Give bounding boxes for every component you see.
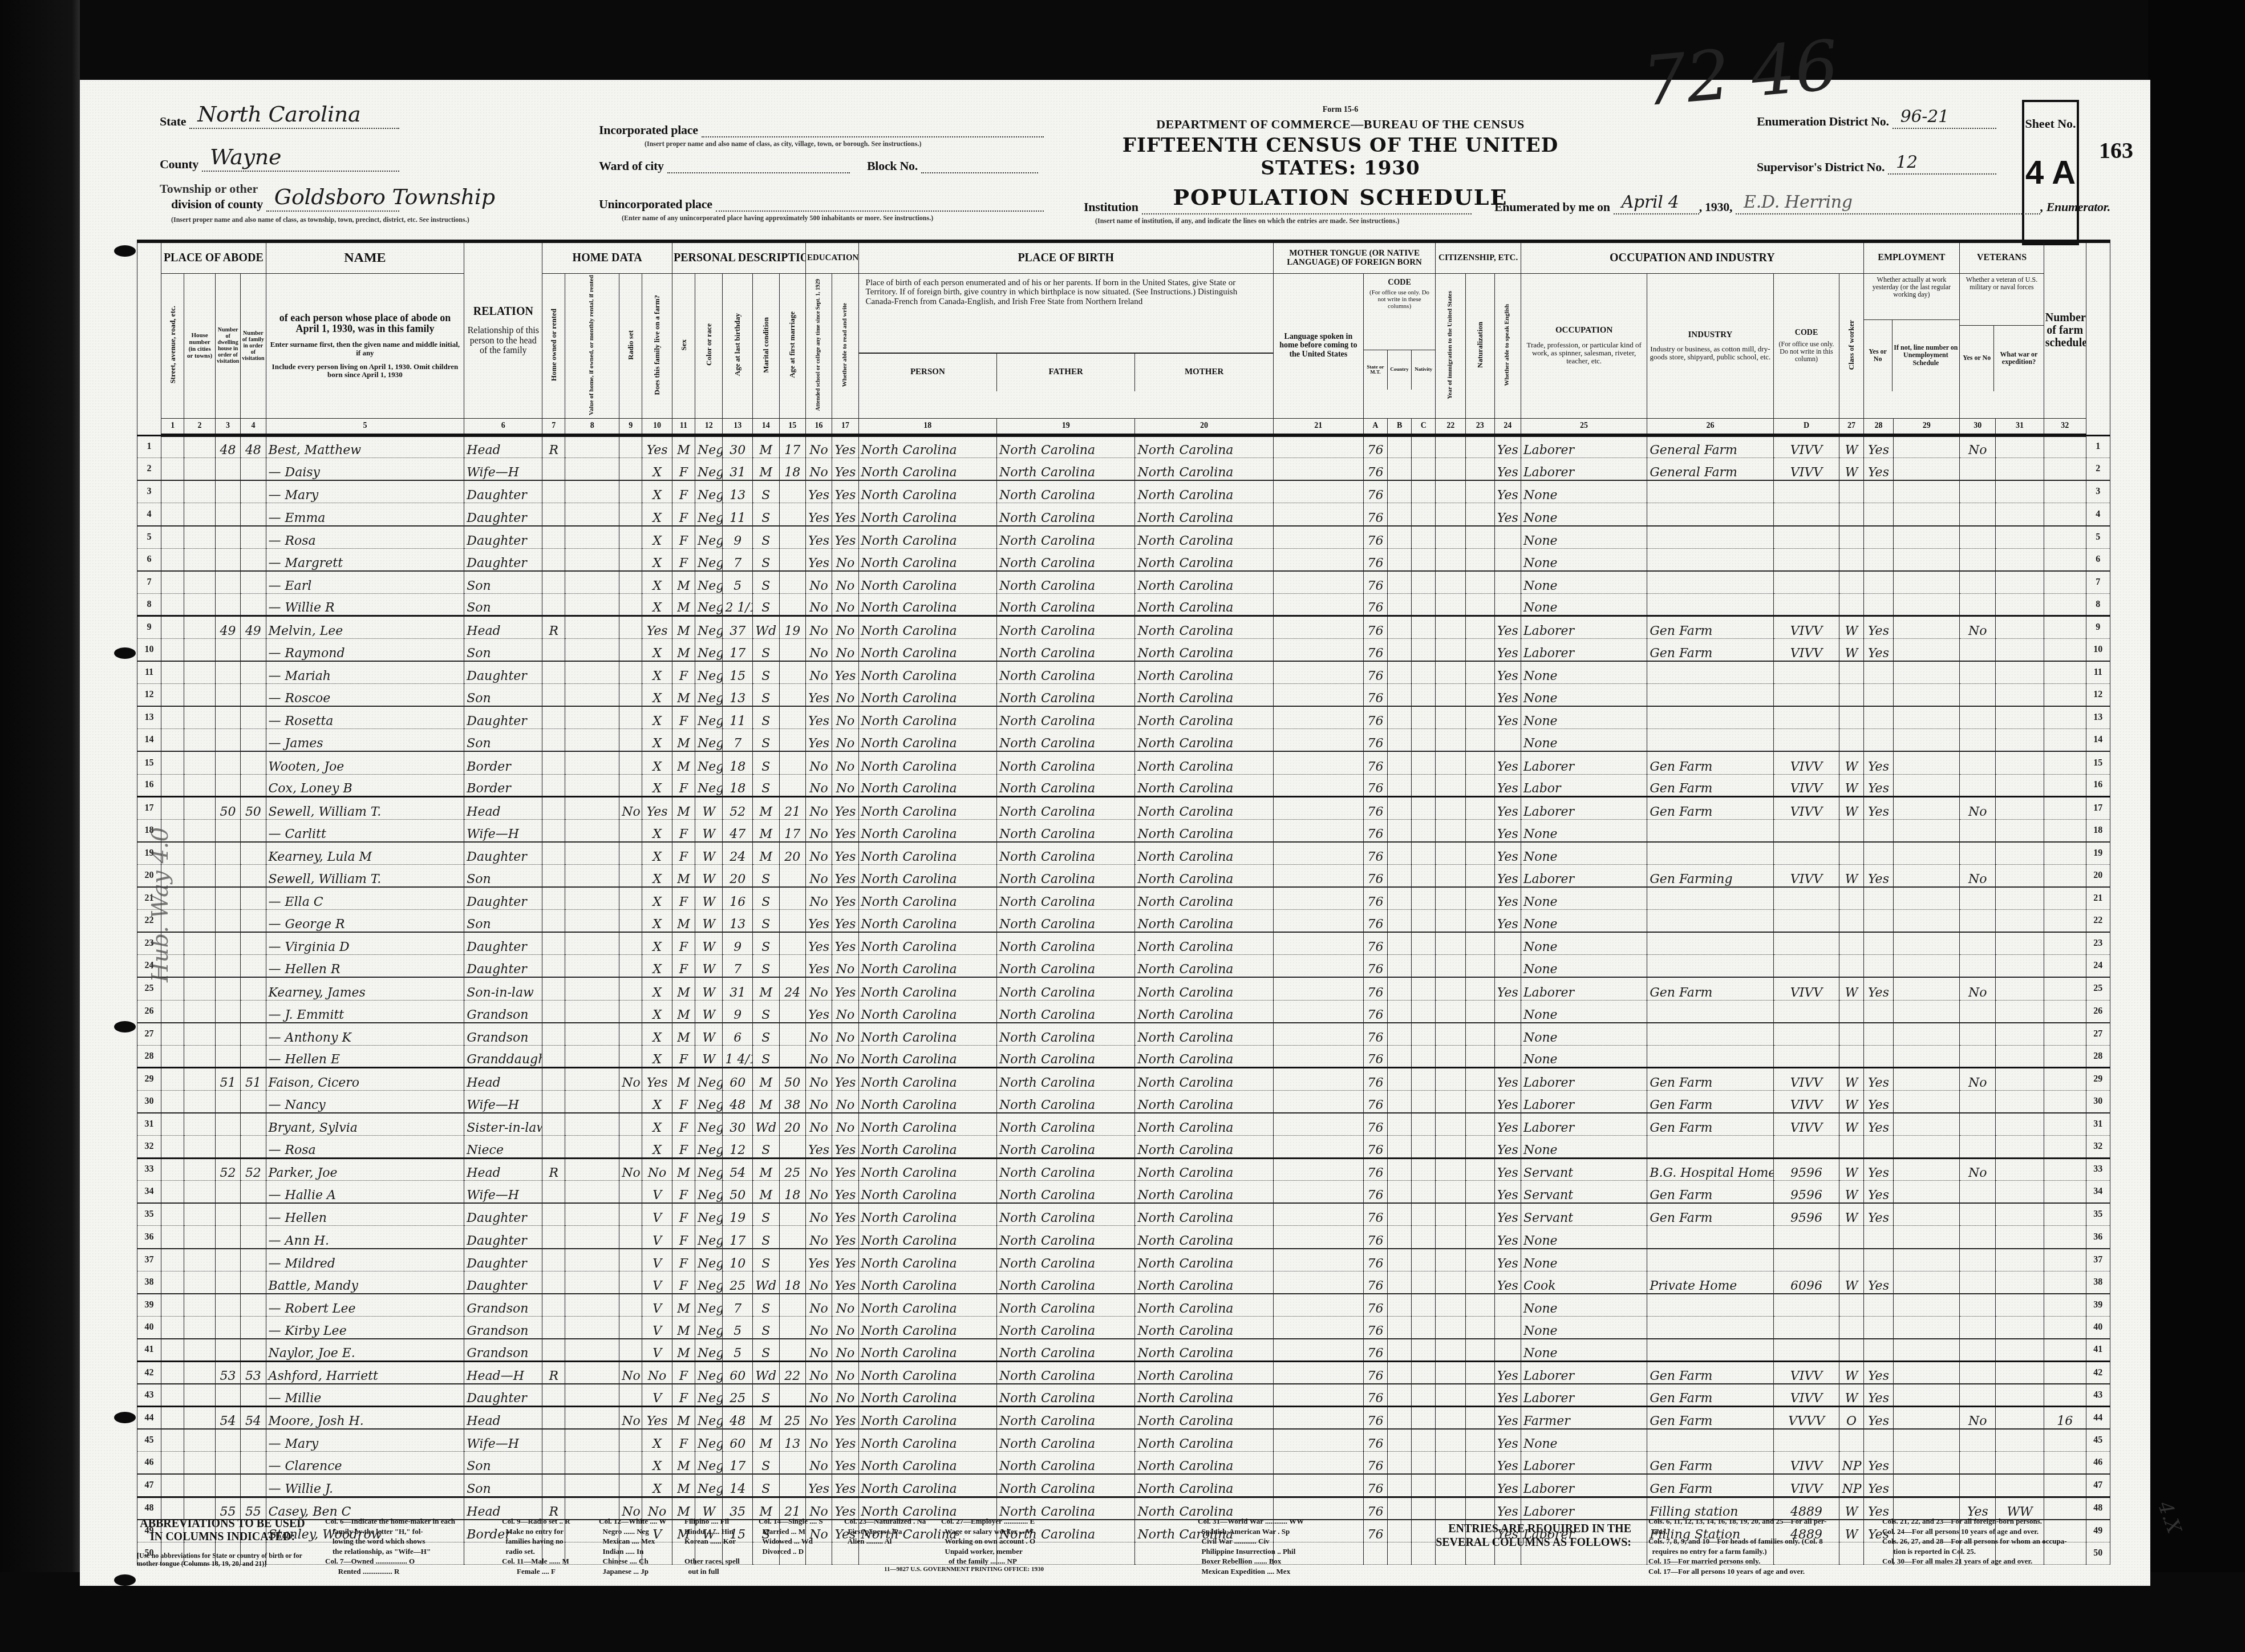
birthplace-father-cell: North Carolina bbox=[997, 526, 1135, 549]
code-state-cell: 76 bbox=[1363, 1429, 1387, 1452]
relation-cell: Daughter bbox=[464, 526, 542, 549]
immigration-year-cell bbox=[1436, 571, 1466, 594]
radio-set-cell: No bbox=[619, 1407, 642, 1430]
code-country-cell bbox=[1388, 864, 1412, 887]
class-of-worker-cell: W bbox=[1839, 1271, 1863, 1294]
code-country-cell bbox=[1388, 503, 1412, 526]
class-of-worker-cell bbox=[1839, 1045, 1863, 1068]
birthplace-father-cell: North Carolina bbox=[997, 661, 1135, 684]
birthplace-father-cell: North Carolina bbox=[997, 458, 1135, 481]
line-number-right: 10 bbox=[2086, 639, 2110, 662]
can-read-write-cell: No bbox=[832, 1045, 858, 1068]
industry-cell bbox=[1647, 684, 1773, 707]
lives-on-farm-cell: V bbox=[642, 1203, 672, 1226]
age-first-marriage-cell bbox=[779, 932, 805, 955]
relation-title: RELATION bbox=[465, 305, 541, 318]
age-cell: 11 bbox=[723, 706, 753, 729]
birthplace-person-cell: North Carolina bbox=[858, 1226, 996, 1249]
war-expedition-cell bbox=[1996, 1474, 2044, 1497]
age-cell: 30 bbox=[723, 435, 753, 458]
veteran-cell bbox=[1960, 1136, 1996, 1159]
birthplace-mother-cell: North Carolina bbox=[1135, 1429, 1273, 1452]
farm-schedule-number-cell bbox=[2044, 1429, 2086, 1452]
sex-cell: F bbox=[672, 526, 695, 549]
sex-cell: M bbox=[672, 751, 695, 774]
age-first-marriage-cell bbox=[779, 1339, 805, 1362]
code-country-cell bbox=[1388, 684, 1412, 707]
occupation-cell: None bbox=[1521, 729, 1647, 752]
birthplace-mother-cell: North Carolina bbox=[1135, 1362, 1273, 1384]
birthplace-father-cell: North Carolina bbox=[997, 842, 1135, 865]
class-of-worker-cell bbox=[1839, 842, 1863, 865]
age-first-marriage-cell bbox=[779, 1136, 805, 1159]
class-of-worker-cell bbox=[1839, 1316, 1863, 1339]
veteran-cell bbox=[1960, 955, 1996, 978]
occupation-cell: None bbox=[1521, 480, 1647, 503]
age-first-marriage-cell bbox=[779, 910, 805, 933]
birthplace-person-cell: North Carolina bbox=[858, 774, 996, 797]
birthplace-mother-cell: North Carolina bbox=[1135, 1181, 1273, 1204]
street-cell bbox=[161, 684, 184, 707]
industry-cell bbox=[1647, 887, 1773, 910]
language-cell bbox=[1273, 864, 1363, 887]
age-cell: 5 bbox=[723, 1316, 753, 1339]
family-number-cell: 53 bbox=[241, 1362, 266, 1384]
farm-schedule-number-cell bbox=[2044, 1339, 2086, 1362]
race-cell: Neg bbox=[695, 526, 723, 549]
column-number: 15 bbox=[779, 418, 805, 435]
code-state-cell: 76 bbox=[1363, 1384, 1387, 1407]
home-value-cell bbox=[565, 706, 619, 729]
immigration-year-cell bbox=[1436, 1113, 1466, 1136]
language-cell bbox=[1273, 1474, 1363, 1497]
birthplace-father-cell: North Carolina bbox=[997, 616, 1135, 639]
family-number-cell: 50 bbox=[241, 797, 266, 820]
birthplace-mother-cell: North Carolina bbox=[1135, 548, 1273, 571]
code-country-cell bbox=[1388, 977, 1412, 1000]
marital-status-cell: M bbox=[753, 819, 779, 842]
street-cell bbox=[161, 1407, 184, 1430]
birthplace-mother-cell: North Carolina bbox=[1135, 616, 1273, 639]
lives-on-farm-cell: X bbox=[642, 1000, 672, 1023]
industry-code-cell bbox=[1773, 910, 1839, 933]
person-name-cell: Battle, Mandy bbox=[266, 1271, 464, 1294]
naturalization-cell bbox=[1466, 458, 1495, 481]
speaks-english-cell: Yes bbox=[1494, 616, 1521, 639]
veteran-cell: No bbox=[1960, 1407, 1996, 1430]
race-cell: Neg bbox=[695, 1429, 723, 1452]
home-value-cell bbox=[565, 1226, 619, 1249]
code-nativity-cell bbox=[1412, 1339, 1436, 1362]
age-cell: 13 bbox=[723, 684, 753, 707]
sex-cell: F bbox=[672, 1226, 695, 1249]
occupation-cell: Laborer bbox=[1521, 977, 1647, 1000]
street-cell bbox=[161, 548, 184, 571]
speaks-english-cell: Yes bbox=[1494, 1203, 1521, 1226]
at-work-cell bbox=[1863, 1023, 1894, 1046]
race-cell: W bbox=[695, 955, 723, 978]
naturalization-cell bbox=[1466, 503, 1495, 526]
war-expedition-cell bbox=[1996, 1045, 2044, 1068]
marital-status-cell: S bbox=[753, 729, 779, 752]
person-name-cell: — Rosa bbox=[266, 526, 464, 549]
table-row: 175050Sewell, William T.HeadNoYesMW52M21… bbox=[137, 797, 2110, 820]
naturalization-cell bbox=[1466, 593, 1495, 616]
marital-status-cell: M bbox=[753, 1068, 779, 1091]
dwelling-number-cell bbox=[215, 1452, 240, 1475]
relation-cell: Grandson bbox=[464, 1000, 542, 1023]
unemployment-line-cell bbox=[1894, 774, 1960, 797]
immigration-year-cell bbox=[1436, 706, 1466, 729]
attended-school-cell: No bbox=[805, 887, 832, 910]
code-nativity-cell bbox=[1412, 977, 1436, 1000]
birthplace-mother-cell: North Carolina bbox=[1135, 1113, 1273, 1136]
at-work-cell bbox=[1863, 706, 1894, 729]
house-cell bbox=[184, 684, 216, 707]
relation-cell: Daughter bbox=[464, 706, 542, 729]
veteran-cell bbox=[1960, 842, 1996, 865]
sex-cell: F bbox=[672, 1045, 695, 1068]
table-row: 20Sewell, William T.SonXMW20SNoYesNorth … bbox=[137, 864, 2110, 887]
family-number-cell: 54 bbox=[241, 1407, 266, 1430]
line-number-right: 42 bbox=[2086, 1362, 2110, 1384]
can-read-write-cell: No bbox=[832, 1294, 858, 1317]
industry-cell bbox=[1647, 729, 1773, 752]
naturalization-cell bbox=[1466, 1339, 1495, 1362]
veteran-cell bbox=[1960, 548, 1996, 571]
table-row: 27— Anthony KGrandsonXMW6SNoNoNorth Caro… bbox=[137, 1023, 2110, 1046]
code-nativity-cell bbox=[1412, 458, 1436, 481]
radio-set-cell bbox=[619, 887, 642, 910]
sex-cell: M bbox=[672, 435, 695, 458]
class-of-worker-cell: W bbox=[1839, 639, 1863, 662]
punch-hole bbox=[114, 1021, 136, 1032]
class-of-worker-cell: W bbox=[1839, 616, 1863, 639]
relation-cell: Grandson bbox=[464, 1339, 542, 1362]
attended-school-cell: Yes bbox=[805, 548, 832, 571]
line-number: 36 bbox=[137, 1226, 161, 1249]
radio-set-cell bbox=[619, 819, 642, 842]
farm-schedule-number-cell bbox=[2044, 797, 2086, 820]
unemployment-line-cell bbox=[1894, 1384, 1960, 1407]
radio-set-cell bbox=[619, 1136, 642, 1159]
race-cell: Neg bbox=[695, 1271, 723, 1294]
code-state-cell: 76 bbox=[1363, 1045, 1387, 1068]
dwelling-number-cell bbox=[215, 1023, 240, 1046]
population-schedule-table: PLACE OF ABODE NAME RELATION Relationshi… bbox=[137, 240, 2110, 1565]
birthplace-person-cell: North Carolina bbox=[858, 593, 996, 616]
at-work-cell: Yes bbox=[1863, 864, 1894, 887]
speaks-english-cell: Yes bbox=[1494, 910, 1521, 933]
birthplace-person-cell: North Carolina bbox=[858, 1000, 996, 1023]
sex-cell: F bbox=[672, 1271, 695, 1294]
industry-code-cell: VIVV bbox=[1773, 977, 1839, 1000]
home-owned-cell bbox=[542, 932, 565, 955]
code-country-cell bbox=[1388, 932, 1412, 955]
family-number-cell bbox=[241, 526, 266, 549]
unemployment-line-cell bbox=[1894, 503, 1960, 526]
language-cell bbox=[1273, 1384, 1363, 1407]
street-cell bbox=[161, 706, 184, 729]
birthplace-person-cell: North Carolina bbox=[858, 1271, 996, 1294]
veteran-cell bbox=[1960, 1384, 1996, 1407]
birthplace-father-cell: North Carolina bbox=[997, 706, 1135, 729]
line-number: 15 bbox=[137, 751, 161, 774]
code-country-cell bbox=[1388, 1181, 1412, 1204]
can-read-write-cell: Yes bbox=[832, 1474, 858, 1497]
home-owned-cell bbox=[542, 480, 565, 503]
birthplace-person-cell: North Carolina bbox=[858, 526, 996, 549]
col-name: of each person whose place of abode on A… bbox=[266, 273, 464, 418]
dwelling-number-cell bbox=[215, 1181, 240, 1204]
birthplace-father-cell: North Carolina bbox=[997, 1294, 1135, 1317]
house-cell bbox=[184, 1226, 216, 1249]
age-first-marriage-cell bbox=[779, 1294, 805, 1317]
dwelling-number-cell bbox=[215, 1045, 240, 1068]
industry-cell bbox=[1647, 548, 1773, 571]
family-number-cell bbox=[241, 932, 266, 955]
radio-set-cell: No bbox=[619, 797, 642, 820]
class-of-worker-cell bbox=[1839, 1000, 1863, 1023]
class-of-worker-cell: W bbox=[1839, 1158, 1863, 1181]
naturalization-cell bbox=[1466, 887, 1495, 910]
code-state-cell: 76 bbox=[1363, 1203, 1387, 1226]
home-owned-cell bbox=[542, 1474, 565, 1497]
street-cell bbox=[161, 1362, 184, 1384]
margin-handwritten-note: Hub. Way 4.0 bbox=[147, 827, 173, 982]
sheet-number-box: Sheet No. 4 A bbox=[2022, 100, 2079, 245]
home-owned-cell bbox=[542, 1339, 565, 1362]
speaks-english-cell bbox=[1494, 548, 1521, 571]
birthplace-person-cell: North Carolina bbox=[858, 571, 996, 594]
line-number-right: 11 bbox=[2086, 661, 2110, 684]
table-row: 15Wooten, JoeBorderXMNeg18SNoNoNorth Car… bbox=[137, 751, 2110, 774]
lives-on-farm-cell: X bbox=[642, 842, 672, 865]
class-of-worker-cell bbox=[1839, 887, 1863, 910]
line-number: 9 bbox=[137, 616, 161, 639]
industry-code-cell bbox=[1773, 548, 1839, 571]
race-cell: W bbox=[695, 797, 723, 820]
code-nativity-cell bbox=[1412, 1474, 1436, 1497]
unemployment-line-cell bbox=[1894, 616, 1960, 639]
age-first-marriage-cell: 38 bbox=[779, 1090, 805, 1113]
code-state-cell: 76 bbox=[1363, 1362, 1387, 1384]
column-number: 18 bbox=[858, 418, 996, 435]
age-cell: 5 bbox=[723, 571, 753, 594]
family-number-cell bbox=[241, 1226, 266, 1249]
industry-code-cell: VIVV bbox=[1773, 1362, 1839, 1384]
can-read-write-cell: No bbox=[832, 1000, 858, 1023]
birthplace-mother-cell: North Carolina bbox=[1135, 480, 1273, 503]
line-number-right: 6 bbox=[2086, 548, 2110, 571]
person-name-cell: Cox, Loney B bbox=[266, 774, 464, 797]
table-row: 13— RosettaDaughterXFNeg11SYesNoNorth Ca… bbox=[137, 706, 2110, 729]
dwelling-number-cell bbox=[215, 932, 240, 955]
lives-on-farm-cell: No bbox=[642, 1158, 672, 1181]
column-number: 16 bbox=[805, 418, 832, 435]
unemployment-line-cell bbox=[1894, 910, 1960, 933]
can-read-write-cell: No bbox=[832, 1090, 858, 1113]
county-value: Wayne bbox=[210, 144, 281, 169]
dwelling-number-cell bbox=[215, 864, 240, 887]
birthplace-father-cell: North Carolina bbox=[997, 797, 1135, 820]
house-cell bbox=[184, 639, 216, 662]
lives-on-farm-cell: X bbox=[642, 593, 672, 616]
person-name-cell: Kearney, Lula M bbox=[266, 842, 464, 865]
sex-cell: F bbox=[672, 887, 695, 910]
veteran-cell bbox=[1960, 910, 1996, 933]
code-state-cell: 76 bbox=[1363, 864, 1387, 887]
sex-cell: M bbox=[672, 593, 695, 616]
house-cell bbox=[184, 977, 216, 1000]
farm-schedule-number-cell bbox=[2044, 1249, 2086, 1272]
line-number-right: 7 bbox=[2086, 571, 2110, 594]
code-state-cell: 76 bbox=[1363, 819, 1387, 842]
language-cell bbox=[1273, 1452, 1363, 1475]
birthplace-person-cell: North Carolina bbox=[858, 797, 996, 820]
entries-required-title: ENTRIES ARE REQUIRED IN THE SEVERAL COLU… bbox=[1392, 1522, 1631, 1549]
race-cell: Neg bbox=[695, 1294, 723, 1317]
marital-status-cell: S bbox=[753, 480, 779, 503]
sex-cell: F bbox=[672, 1136, 695, 1159]
naturalization-cell bbox=[1466, 1474, 1495, 1497]
unemployment-line-cell bbox=[1894, 819, 1960, 842]
veteran-cell bbox=[1960, 1294, 1996, 1317]
speaks-english-cell bbox=[1494, 526, 1521, 549]
language-cell bbox=[1273, 639, 1363, 662]
radio-set-cell bbox=[619, 548, 642, 571]
at-work-cell bbox=[1863, 503, 1894, 526]
industry-cell: Gen Farm bbox=[1647, 1203, 1773, 1226]
line-number-header bbox=[137, 241, 161, 435]
person-name-cell: — Roscoe bbox=[266, 684, 464, 707]
industry-code-cell bbox=[1773, 593, 1839, 616]
street-cell bbox=[161, 1203, 184, 1226]
incorporated-label: Incorporated place bbox=[599, 123, 698, 137]
relation-cell: Daughter bbox=[464, 1203, 542, 1226]
sex-cell: M bbox=[672, 1068, 695, 1091]
column-number: 3 bbox=[215, 418, 240, 435]
speaks-english-cell: Yes bbox=[1494, 1158, 1521, 1181]
relation-cell: Wife—H bbox=[464, 819, 542, 842]
person-name-cell: — Emma bbox=[266, 503, 464, 526]
line-number-right: 27 bbox=[2086, 1023, 2110, 1046]
race-cell: Neg bbox=[695, 1181, 723, 1204]
enumeration-district-label: Enumeration District No. bbox=[1757, 114, 1889, 129]
house-cell bbox=[184, 1023, 216, 1046]
column-number: 19 bbox=[997, 418, 1135, 435]
person-name-cell: — Hallie A bbox=[266, 1181, 464, 1204]
table-row: 30— NancyWife—HXFNeg48M38NoNoNorth Carol… bbox=[137, 1090, 2110, 1113]
language-cell bbox=[1273, 1429, 1363, 1452]
code-country-cell bbox=[1388, 1452, 1412, 1475]
unemployment-line-cell bbox=[1894, 1181, 1960, 1204]
family-number-cell bbox=[241, 1271, 266, 1294]
class-of-worker-cell bbox=[1839, 955, 1863, 978]
unemployment-line-cell bbox=[1894, 1407, 1960, 1430]
industry-code-cell bbox=[1773, 1000, 1839, 1023]
language-cell bbox=[1273, 797, 1363, 820]
attended-school-cell: No bbox=[805, 1316, 832, 1339]
birthplace-father-cell: North Carolina bbox=[997, 1249, 1135, 1272]
marital-status-cell: S bbox=[753, 887, 779, 910]
at-work-cell: Yes bbox=[1863, 1158, 1894, 1181]
table-row: 335252Parker, JoeHeadRNoNoMNeg54M25NoYes… bbox=[137, 1158, 2110, 1181]
family-number-cell bbox=[241, 1023, 266, 1046]
street-cell bbox=[161, 1339, 184, 1362]
unincorporated-field: Unincorporated place bbox=[599, 197, 1044, 212]
language-cell bbox=[1273, 819, 1363, 842]
line-number-right: 3 bbox=[2086, 480, 2110, 503]
birthplace-person-cell: North Carolina bbox=[858, 1136, 996, 1159]
veteran-cell bbox=[1960, 661, 1996, 684]
class-of-worker-cell: NP bbox=[1839, 1474, 1863, 1497]
line-number: 17 bbox=[137, 797, 161, 820]
can-read-write-cell: No bbox=[832, 639, 858, 662]
person-name-cell: — Mariah bbox=[266, 661, 464, 684]
col-veterans: Whether a veteran of U.S. military or na… bbox=[1960, 273, 2044, 418]
person-name-cell: Kearney, James bbox=[266, 977, 464, 1000]
home-value-cell bbox=[565, 684, 619, 707]
race-cell: Neg bbox=[695, 1384, 723, 1407]
name-desc-2: Enter surname first, then the given name… bbox=[268, 341, 463, 357]
age-cell: 60 bbox=[723, 1362, 753, 1384]
radio-set-cell bbox=[619, 910, 642, 933]
code-country-cell bbox=[1388, 458, 1412, 481]
person-name-cell: Parker, Joe bbox=[266, 1158, 464, 1181]
dwelling-number-cell bbox=[215, 1226, 240, 1249]
can-read-write-cell: No bbox=[832, 729, 858, 752]
class-of-worker-cell: W bbox=[1839, 751, 1863, 774]
code-state-cell: 76 bbox=[1363, 1090, 1387, 1113]
township-label-1: Township or other bbox=[160, 181, 258, 196]
occupation-cell: Servant bbox=[1521, 1181, 1647, 1204]
code-country-cell bbox=[1388, 1429, 1412, 1452]
code-country-cell bbox=[1388, 1068, 1412, 1091]
age-first-marriage-cell: 18 bbox=[779, 1181, 805, 1204]
radio-set-cell bbox=[619, 639, 642, 662]
unemployment-line-cell bbox=[1894, 526, 1960, 549]
industry-code-cell bbox=[1773, 1316, 1839, 1339]
veteran-cell: No bbox=[1960, 1158, 1996, 1181]
at-work-cell: Yes bbox=[1863, 1068, 1894, 1091]
farm-schedule-number-cell bbox=[2044, 1384, 2086, 1407]
naturalization-cell bbox=[1466, 797, 1495, 820]
group-name: NAME bbox=[266, 241, 464, 273]
house-cell bbox=[184, 1068, 216, 1091]
birthplace-mother-cell: North Carolina bbox=[1135, 706, 1273, 729]
speaks-english-cell: Yes bbox=[1494, 1113, 1521, 1136]
language-cell bbox=[1273, 661, 1363, 684]
code-nativity-cell bbox=[1412, 1407, 1436, 1430]
industry-code-cell: VIVV bbox=[1773, 774, 1839, 797]
industry-code-cell: VIVV bbox=[1773, 435, 1839, 458]
code-country-cell bbox=[1388, 1203, 1412, 1226]
house-cell bbox=[184, 797, 216, 820]
code-state-cell: 76 bbox=[1363, 797, 1387, 820]
line-number-right: 30 bbox=[2086, 1090, 2110, 1113]
relation-cell: Wife—H bbox=[464, 458, 542, 481]
farm-schedule-number-cell bbox=[2044, 1068, 2086, 1091]
line-number-right: 18 bbox=[2086, 819, 2110, 842]
race-cell: Neg bbox=[695, 1113, 723, 1136]
relation-cell: Son bbox=[464, 684, 542, 707]
occupation-cell: None bbox=[1521, 1226, 1647, 1249]
table-row: 425353Ashford, HarriettHead—HRNoNoFNeg60… bbox=[137, 1362, 2110, 1384]
lives-on-farm-cell: V bbox=[642, 1339, 672, 1362]
home-value-cell bbox=[565, 1045, 619, 1068]
code-nativity-cell bbox=[1412, 774, 1436, 797]
